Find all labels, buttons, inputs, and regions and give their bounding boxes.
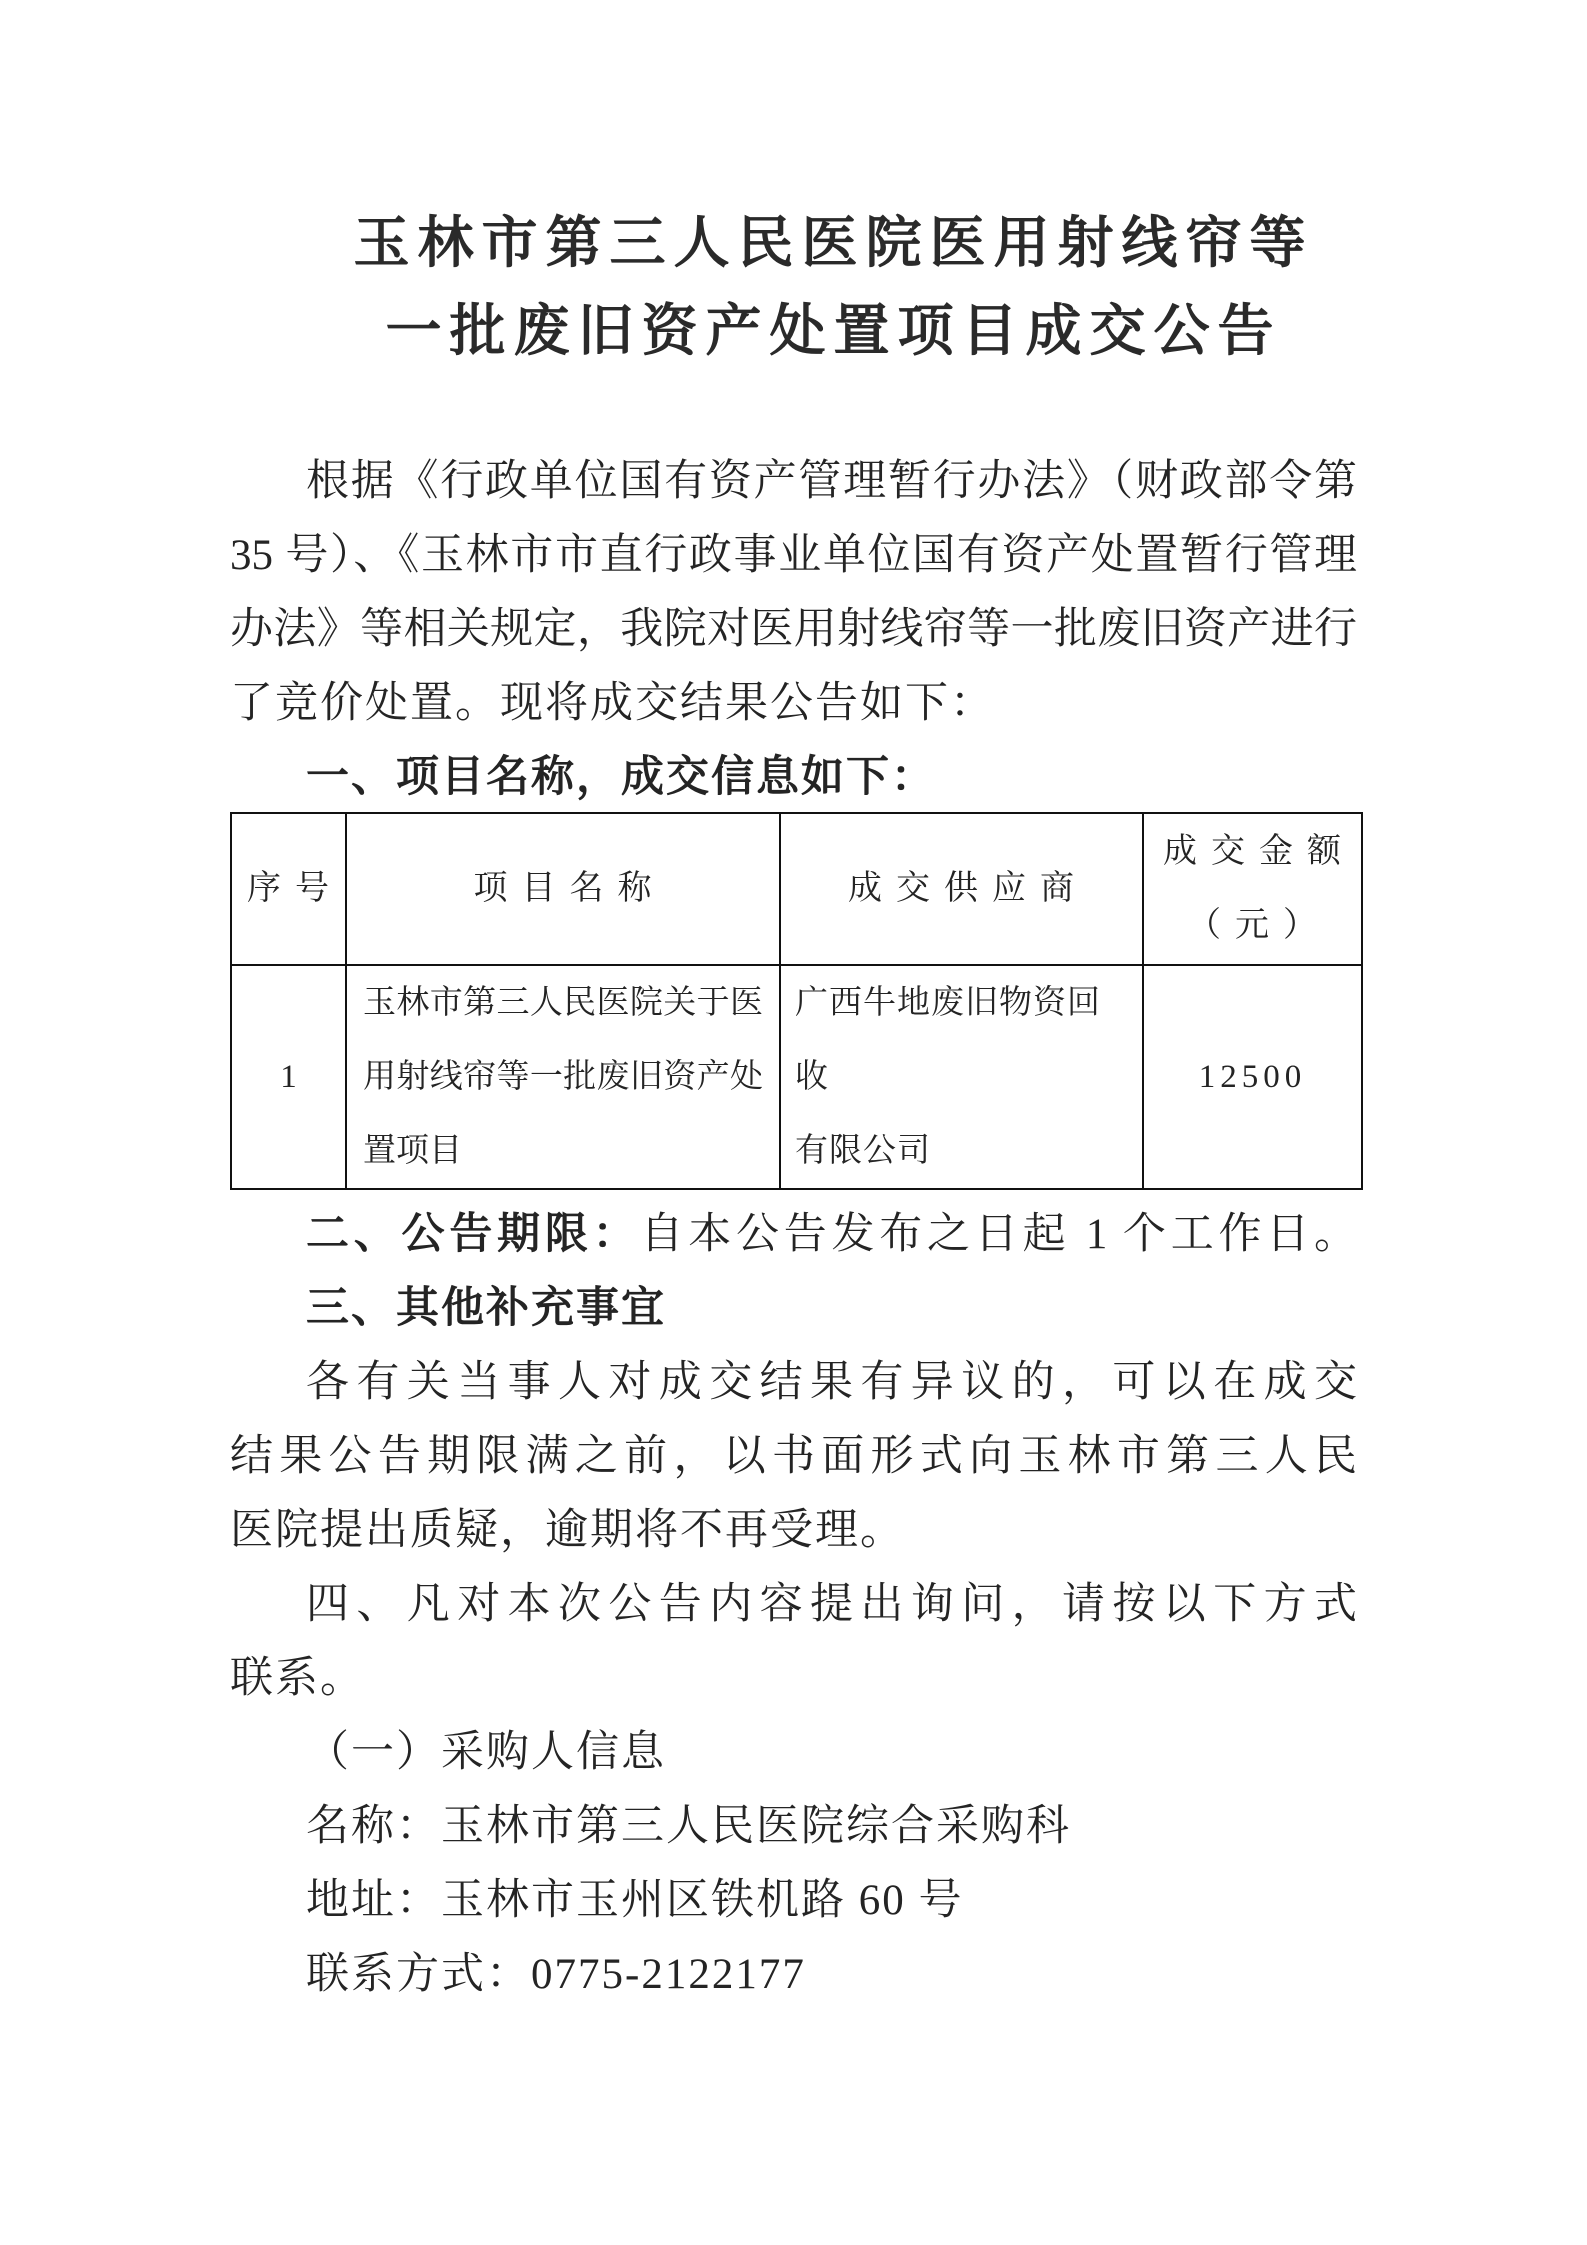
paragraph-purchaser-info-heading: （一）采购人信息: [230, 1716, 1357, 1790]
table-row: 1玉林市第三人民医院关于医用射线帘等一批废旧资产处置项目广西牛地废旧物资回收有限…: [231, 965, 1362, 1189]
paragraph-objection-clause: 各有关当事人对成交结果有异议的，可以在成交结果公告期限满之前，以书面形式向玉林市…: [230, 1346, 1357, 1568]
text-line: 一、项目名称，成交信息如下：: [230, 741, 1357, 815]
document-content: 玉林市第三人民医院医用射线帘等 一批废旧资产处置项目成交公告 根据《行政单位国有…: [0, 0, 1587, 2012]
cell-text-line: 广西牛地废旧物资回收: [795, 966, 1128, 1114]
title-line-1: 玉林市第三人民医院医用射线帘等: [310, 199, 1357, 287]
body-after-table: 二、公告期限：自本公告发布之日起 1 个工作日。三、其他补充事宜各有关当事人对成…: [230, 1198, 1357, 2012]
bold-text-segment: 一、项目名称，成交信息如下：: [306, 754, 936, 801]
paragraph-purchaser-contact: 联系方式：0775-2122177: [230, 1938, 1357, 2012]
text-line: 各有关当事人对成交结果有异议的，可以在成交: [230, 1346, 1357, 1420]
bold-text-segment: 二、公告期限：: [306, 1211, 640, 1258]
deal-table-head: 序号 项目名称 成交供应商 成交金额 （元）: [231, 813, 1362, 965]
text-segment: 结果公告期限满之前，以书面形式向玉林市第三人民: [230, 1433, 1357, 1480]
text-line: 地址：玉林市玉州区铁机路 60 号: [230, 1864, 1357, 1938]
text-segment: 自本公告发布之日起 1 个工作日。: [640, 1211, 1357, 1258]
text-segment: 名称：玉林市第三人民医院综合采购科: [306, 1803, 1071, 1850]
paragraph-purchaser-address: 地址：玉林市玉州区铁机路 60 号: [230, 1864, 1357, 1938]
document-title: 玉林市第三人民医院医用射线帘等 一批废旧资产处置项目成交公告: [230, 0, 1357, 375]
text-segment: 四、凡对本次公告内容提出询问，请按以下方式: [306, 1581, 1357, 1628]
cell-text-line: 用射线帘等一批废旧资产处: [363, 1040, 763, 1114]
text-line: 名称：玉林市第三人民医院综合采购科: [230, 1790, 1357, 1864]
paragraph-section-2-notice-period: 二、公告期限：自本公告发布之日起 1 个工作日。: [230, 1198, 1357, 1272]
text-segment: 地址：玉林市玉州区铁机路 60 号: [306, 1877, 964, 1924]
text-line: 四、凡对本次公告内容提出询问，请按以下方式: [230, 1568, 1357, 1642]
text-segment: 联系方式：0775-2122177: [306, 1951, 806, 1998]
paragraph-intro: 根据《行政单位国有资产管理暂行办法》（财政部令第35 号）、《玉林市市直行政事业…: [230, 445, 1357, 741]
text-line: 了竞价处置。现将成交结果公告如下：: [230, 667, 1357, 741]
text-line: 三、其他补充事宜: [230, 1272, 1357, 1346]
text-line: 根据《行政单位国有资产管理暂行办法》（财政部令第: [230, 445, 1357, 519]
text-line: 联系。: [230, 1642, 1357, 1716]
text-line: 办法》等相关规定，我院对医用射线帘等一批废旧资产进行: [230, 593, 1357, 667]
cell-text-line: 置项目: [363, 1114, 763, 1188]
cell-text-line: 玉林市第三人民医院关于医: [363, 966, 763, 1040]
row-seq-cell: 1: [231, 965, 346, 1189]
row-amount-cell: 12500: [1143, 965, 1362, 1189]
col-header-seq: 序号: [231, 813, 346, 965]
text-line: 结果公告期限满之前，以书面形式向玉林市第三人民: [230, 1420, 1357, 1494]
text-segment: 35 号）、《玉林市市直行政事业单位国有资产处置暂行管理: [230, 532, 1357, 579]
row-supplier-cell: 广西牛地废旧物资回收有限公司: [780, 965, 1143, 1189]
row-project-name-cell: 玉林市第三人民医院关于医用射线帘等一批废旧资产处置项目: [346, 965, 780, 1189]
text-line: 二、公告期限：自本公告发布之日起 1 个工作日。: [230, 1198, 1357, 1272]
paragraph-section-1-heading: 一、项目名称，成交信息如下：: [230, 741, 1357, 815]
deal-table: 序号 项目名称 成交供应商 成交金额 （元） 1玉林市第三人民医院关于医用射线帘…: [230, 812, 1363, 1190]
body-before-table: 根据《行政单位国有资产管理暂行办法》（财政部令第35 号）、《玉林市市直行政事业…: [230, 445, 1357, 815]
text-line: 联系方式：0775-2122177: [230, 1938, 1357, 2012]
title-line-2: 一批废旧资产处置项目成交公告: [310, 287, 1357, 375]
table-header-row: 序号 项目名称 成交供应商 成交金额 （元）: [231, 813, 1362, 965]
text-segment: 根据《行政单位国有资产管理暂行办法》（财政部令第: [306, 458, 1357, 505]
text-segment: 各有关当事人对成交结果有异议的，可以在成交: [306, 1359, 1357, 1406]
text-segment: 医院提出质疑，逾期将不再受理。: [230, 1507, 905, 1554]
document-page: 玉林市第三人民医院医用射线帘等 一批废旧资产处置项目成交公告 根据《行政单位国有…: [0, 0, 1587, 2245]
text-line: 医院提出质疑，逾期将不再受理。: [230, 1494, 1357, 1568]
table-body: 1玉林市第三人民医院关于医用射线帘等一批废旧资产处置项目广西牛地废旧物资回收有限…: [231, 965, 1362, 1189]
paragraph-purchaser-name: 名称：玉林市第三人民医院综合采购科: [230, 1790, 1357, 1864]
col-header-supplier: 成交供应商: [780, 813, 1143, 965]
paragraph-section-4-inquiry: 四、凡对本次公告内容提出询问，请按以下方式联系。: [230, 1568, 1357, 1716]
bold-text-segment: 三、其他补充事宜: [306, 1285, 666, 1332]
text-segment: 联系。: [230, 1655, 365, 1702]
col-header-amount: 成交金额 （元）: [1143, 813, 1362, 965]
text-segment: 了竞价处置。现将成交结果公告如下：: [230, 680, 995, 727]
text-line: 35 号）、《玉林市市直行政事业单位国有资产处置暂行管理: [230, 519, 1357, 593]
text-line: （一）采购人信息: [230, 1716, 1357, 1790]
cell-text-line: 有限公司: [795, 1114, 1128, 1188]
text-segment: （一）采购人信息: [306, 1729, 666, 1776]
text-segment: 办法》等相关规定，我院对医用射线帘等一批废旧资产进行: [230, 606, 1357, 653]
paragraph-section-3-heading: 三、其他补充事宜: [230, 1272, 1357, 1346]
col-header-project-name: 项目名称: [346, 813, 780, 965]
